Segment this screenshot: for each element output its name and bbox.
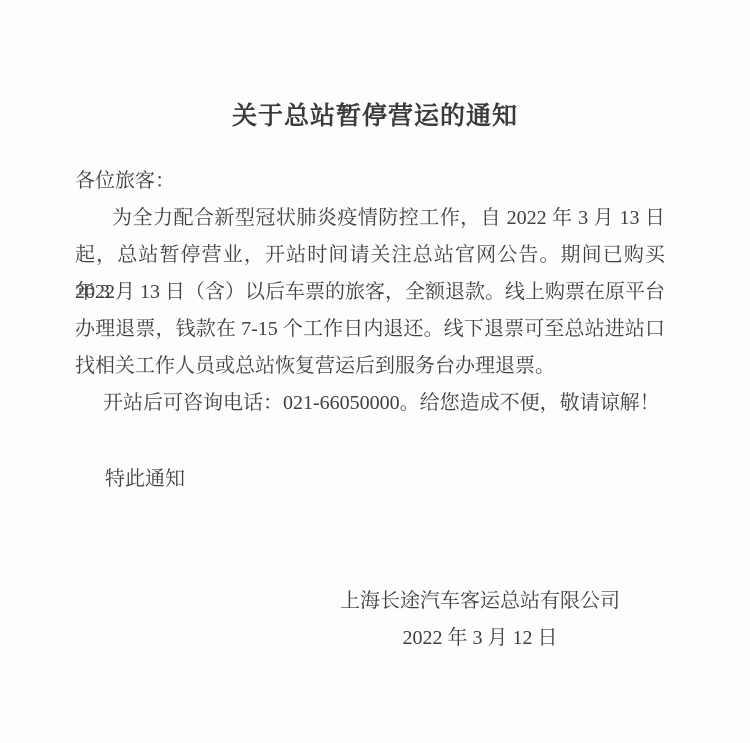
paragraph-main-line-3: 年 3 月 13 日（含）以后车票的旅客，全额退款。线上购票在原平台 <box>75 274 665 311</box>
document-body: 各位旅客： 为全力配合新型冠状肺炎疫情防控工作，自 2022 年 3 月 13 … <box>75 163 665 657</box>
signature-company: 上海长途汽车客运总站有限公司 <box>340 583 620 620</box>
signature-date: 2022 年 3 月 12 日 <box>340 620 620 657</box>
paragraph-main-line-4: 办理退票，钱款在 7-15 个工作日内退还。线下退票可至总站进站口 <box>75 311 665 348</box>
paragraph-main-line-1: 为全力配合新型冠状肺炎疫情防控工作，自 2022 年 3 月 13 日 <box>75 200 665 237</box>
paragraph-main: 为全力配合新型冠状肺炎疫情防控工作，自 2022 年 3 月 13 日 起，总站… <box>75 200 665 385</box>
notice-document: 关于总站暂停营运的通知 各位旅客： 为全力配合新型冠状肺炎疫情防控工作，自 20… <box>0 0 750 743</box>
signature-block: 上海长途汽车客运总站有限公司 2022 年 3 月 12 日 <box>340 583 620 657</box>
page-title: 关于总站暂停营运的通知 <box>0 0 750 132</box>
paragraph-main-line-5: 找相关工作人员或总站恢复营运后到服务台办理退票。 <box>75 348 665 385</box>
closing-phrase: 特此通知 <box>75 461 665 498</box>
paragraph-main-line-2: 起，总站暂停营业，开站时间请关注总站官网公告。期间已购买 2022 <box>75 237 665 274</box>
paragraph-contact: 开站后可咨询电话：021-66050000。给您造成不便，敬请谅解！ <box>75 385 665 422</box>
salutation: 各位旅客： <box>75 163 665 200</box>
